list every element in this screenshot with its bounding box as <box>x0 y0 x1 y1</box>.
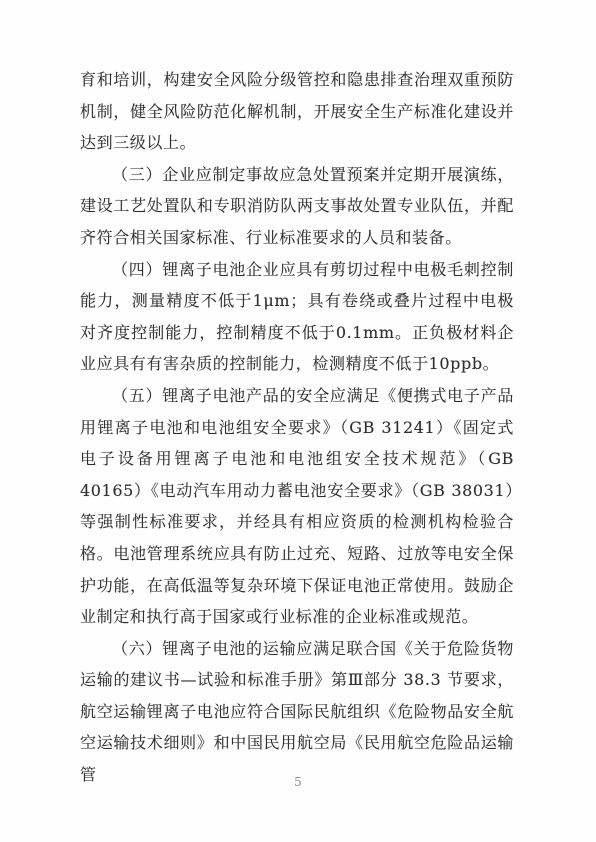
document-page: 育和培训，构建安全风险分级管控和隐患排查治理双重预防机制，健全风险防范化解机制，… <box>0 0 596 842</box>
paragraph-item-6: （六）锂离子电池的运输应满足联合国《关于危险货物运输的建议书—试验和标准手册》第… <box>80 633 514 791</box>
page-number: 5 <box>0 774 596 790</box>
paragraph-item-4: （四）锂离子电池企业应具有剪切过程中电极毛刺控制能力，测量精度不低于1μm；具有… <box>80 254 514 380</box>
paragraph-continuation: 育和培训，构建安全风险分级管控和隐患排查治理双重预防机制，健全风险防范化解机制，… <box>80 64 514 159</box>
paragraph-item-5: （五）锂离子电池产品的安全应满足《便携式电子产品用锂离子电池和电池组安全要求》（… <box>80 380 514 633</box>
document-body: 育和培训，构建安全风险分级管控和隐患排查治理双重预防机制，健全风险防范化解机制，… <box>80 64 514 791</box>
paragraph-item-3: （三）企业应制定事故应急处置预案并定期开展演练，建设工艺处置队和专职消防队两支事… <box>80 159 514 254</box>
